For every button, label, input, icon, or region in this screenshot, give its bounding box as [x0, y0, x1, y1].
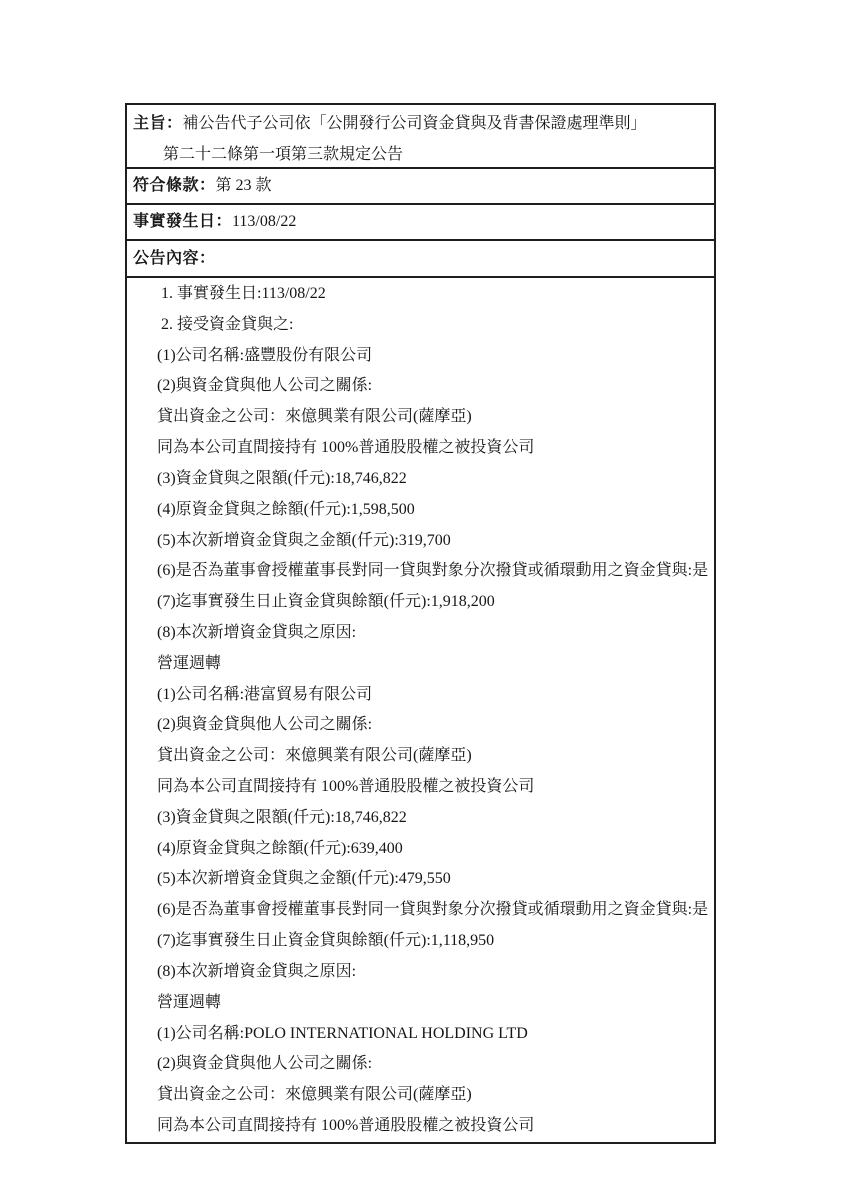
content-line: (3)資金貸與之限額(仟元):18,746,822 [157, 803, 710, 834]
content-line: 2. 接受資金貸與之: [157, 310, 710, 341]
content-line: (7)迄事實發生日止資金貸與餘額(仟元):1,918,200 [157, 587, 710, 618]
subject-label: 主旨： [133, 115, 183, 132]
content-line: 貸出資金之公司：來億興業有限公司(薩摩亞) [157, 741, 710, 772]
content-line: (2)與資金貸與他人公司之關係: [157, 371, 710, 402]
content-line: (7)迄事實發生日止資金貸與餘額(仟元):1,118,950 [157, 926, 710, 957]
content-line: 同為本公司直間接持有 100%普通股股權之被投資公司 [157, 1111, 710, 1142]
subject-row: 主旨：補公告代子公司依「公開發行公司資金貸與及背書保證處理準則」 第二十二條第一… [127, 105, 714, 169]
content-line: (2)與資金貸與他人公司之關係: [157, 710, 710, 741]
content-line: 1. 事實發生日:113/08/22 [157, 279, 710, 310]
content-line: 營運週轉 [157, 649, 710, 680]
content-line: (8)本次新增資金貸與之原因: [157, 957, 710, 988]
content-line: (6)是否為董事會授權董事長對同一貸與對象分次撥貸或循環動用之資金貸與:是 [157, 895, 710, 926]
content-line: (5)本次新增資金貸與之金額(仟元):319,700 [157, 526, 710, 557]
content-line: (4)原資金貸與之餘額(仟元):639,400 [157, 834, 710, 865]
content-line: (8)本次新增資金貸與之原因: [157, 618, 710, 649]
subject-text-continued: 第二十二條第一項第三款規定公告 [133, 139, 710, 170]
content-line: (1)公司名稱:POLO INTERNATIONAL HOLDING LTD [157, 1019, 710, 1050]
content-line: (2)與資金貸與他人公司之關係: [157, 1049, 710, 1080]
fact-date-value: 113/08/22 [232, 213, 296, 230]
announcement-table: 主旨：補公告代子公司依「公開發行公司資金貸與及背書保證處理準則」 第二十二條第一… [125, 103, 716, 1144]
subject-line1: 主旨：補公告代子公司依「公開發行公司資金貸與及背書保證處理準則」 [133, 108, 710, 139]
content-line: (5)本次新增資金貸與之金額(仟元):479,550 [157, 864, 710, 895]
fact-date-label: 事實發生日： [133, 213, 232, 230]
content-body: 1. 事實發生日:113/08/22 2. 接受資金貸與之: (1)公司名稱:盛… [127, 278, 714, 1142]
content-line: (4)原資金貸與之餘額(仟元):1,598,500 [157, 495, 710, 526]
fact-date-row: 事實發生日：113/08/22 [127, 205, 714, 241]
content-line: 同為本公司直間接持有 100%普通股股權之被投資公司 [157, 772, 710, 803]
content-header-label: 公告內容： [133, 250, 216, 267]
clause-label: 符合條款： [133, 177, 216, 194]
clause-row: 符合條款：第 23 款 [127, 169, 714, 205]
content-line: 營運週轉 [157, 988, 710, 1019]
content-line: (3)資金貸與之限額(仟元):18,746,822 [157, 464, 710, 495]
clause-value: 第 23 款 [216, 177, 272, 194]
content-line: (6)是否為董事會授權董事長對同一貸與對象分次撥貸或循環動用之資金貸與:是 [157, 556, 710, 587]
content-header-row: 公告內容： [127, 241, 714, 278]
content-line: (1)公司名稱:港富貿易有限公司 [157, 680, 710, 711]
content-line: 同為本公司直間接持有 100%普通股股權之被投資公司 [157, 433, 710, 464]
page: 主旨：補公告代子公司依「公開發行公司資金貸與及背書保證處理準則」 第二十二條第一… [0, 0, 849, 1200]
subject-text: 補公告代子公司依「公開發行公司資金貸與及背書保證處理準則」 [183, 115, 647, 132]
content-line: 貸出資金之公司：來億興業有限公司(薩摩亞) [157, 1080, 710, 1111]
content-line: (1)公司名稱:盛豐股份有限公司 [157, 341, 710, 372]
content-line: 貸出資金之公司：來億興業有限公司(薩摩亞) [157, 402, 710, 433]
